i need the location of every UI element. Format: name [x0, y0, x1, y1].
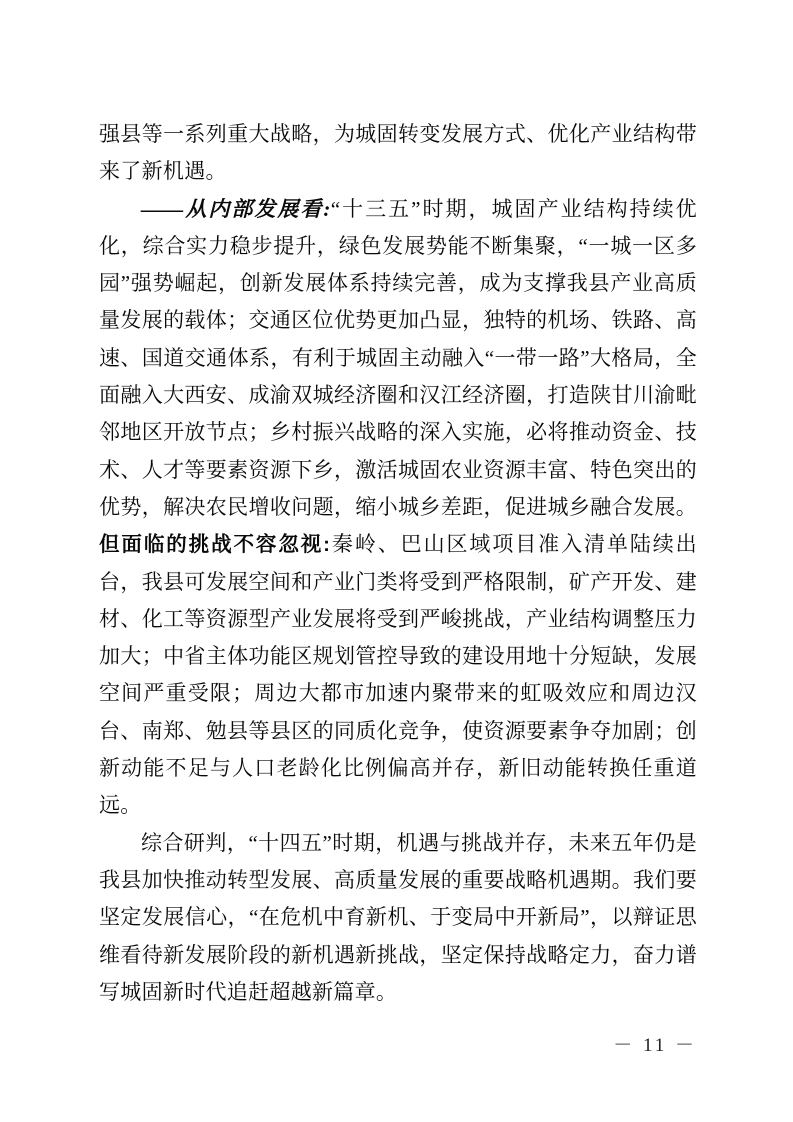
- text-run: 秦岭、巴山区域项目准入清单陆续出台，我县可发展空间和产业门类将受到严格限制，矿产…: [99, 532, 697, 817]
- paragraph-continuation: 强县等一系列重大战略，为城固转变发展方式、优化产业结构带来了新机遇。: [99, 116, 697, 191]
- bold-lead-in-internal-development: ——从内部发展看:: [141, 197, 331, 221]
- text-run: 综合研判，“十四五”时期，机遇与挑战并存，未来五年仍是我县加快推动转型发展、高质…: [99, 831, 697, 1004]
- paragraph-internal-development: ——从内部发展看:“十三五”时期，城固产业结构持续优化，综合实力稳步提升，绿色发…: [99, 191, 697, 825]
- paragraph-conclusion: 综合研判，“十四五”时期，机遇与挑战并存，未来五年仍是我县加快推动转型发展、高质…: [99, 825, 697, 1011]
- text-run: 强县等一系列重大战略，为城固转变发展方式、优化产业结构带来了新机遇。: [99, 122, 697, 183]
- page-number: － 11 －: [613, 1030, 697, 1057]
- bold-lead-in-challenges: 但面临的挑战不容忽视:: [99, 533, 330, 556]
- text-run: “十三五”时期，城固产业结构持续优化，综合实力稳步提升，绿色发展势能不断集聚，“…: [99, 197, 697, 519]
- document-page: 强县等一系列重大战略，为城固转变发展方式、优化产业结构带来了新机遇。 ——从内部…: [0, 0, 793, 1122]
- document-body: 强县等一系列重大战略，为城固转变发展方式、优化产业结构带来了新机遇。 ——从内部…: [99, 116, 697, 1011]
